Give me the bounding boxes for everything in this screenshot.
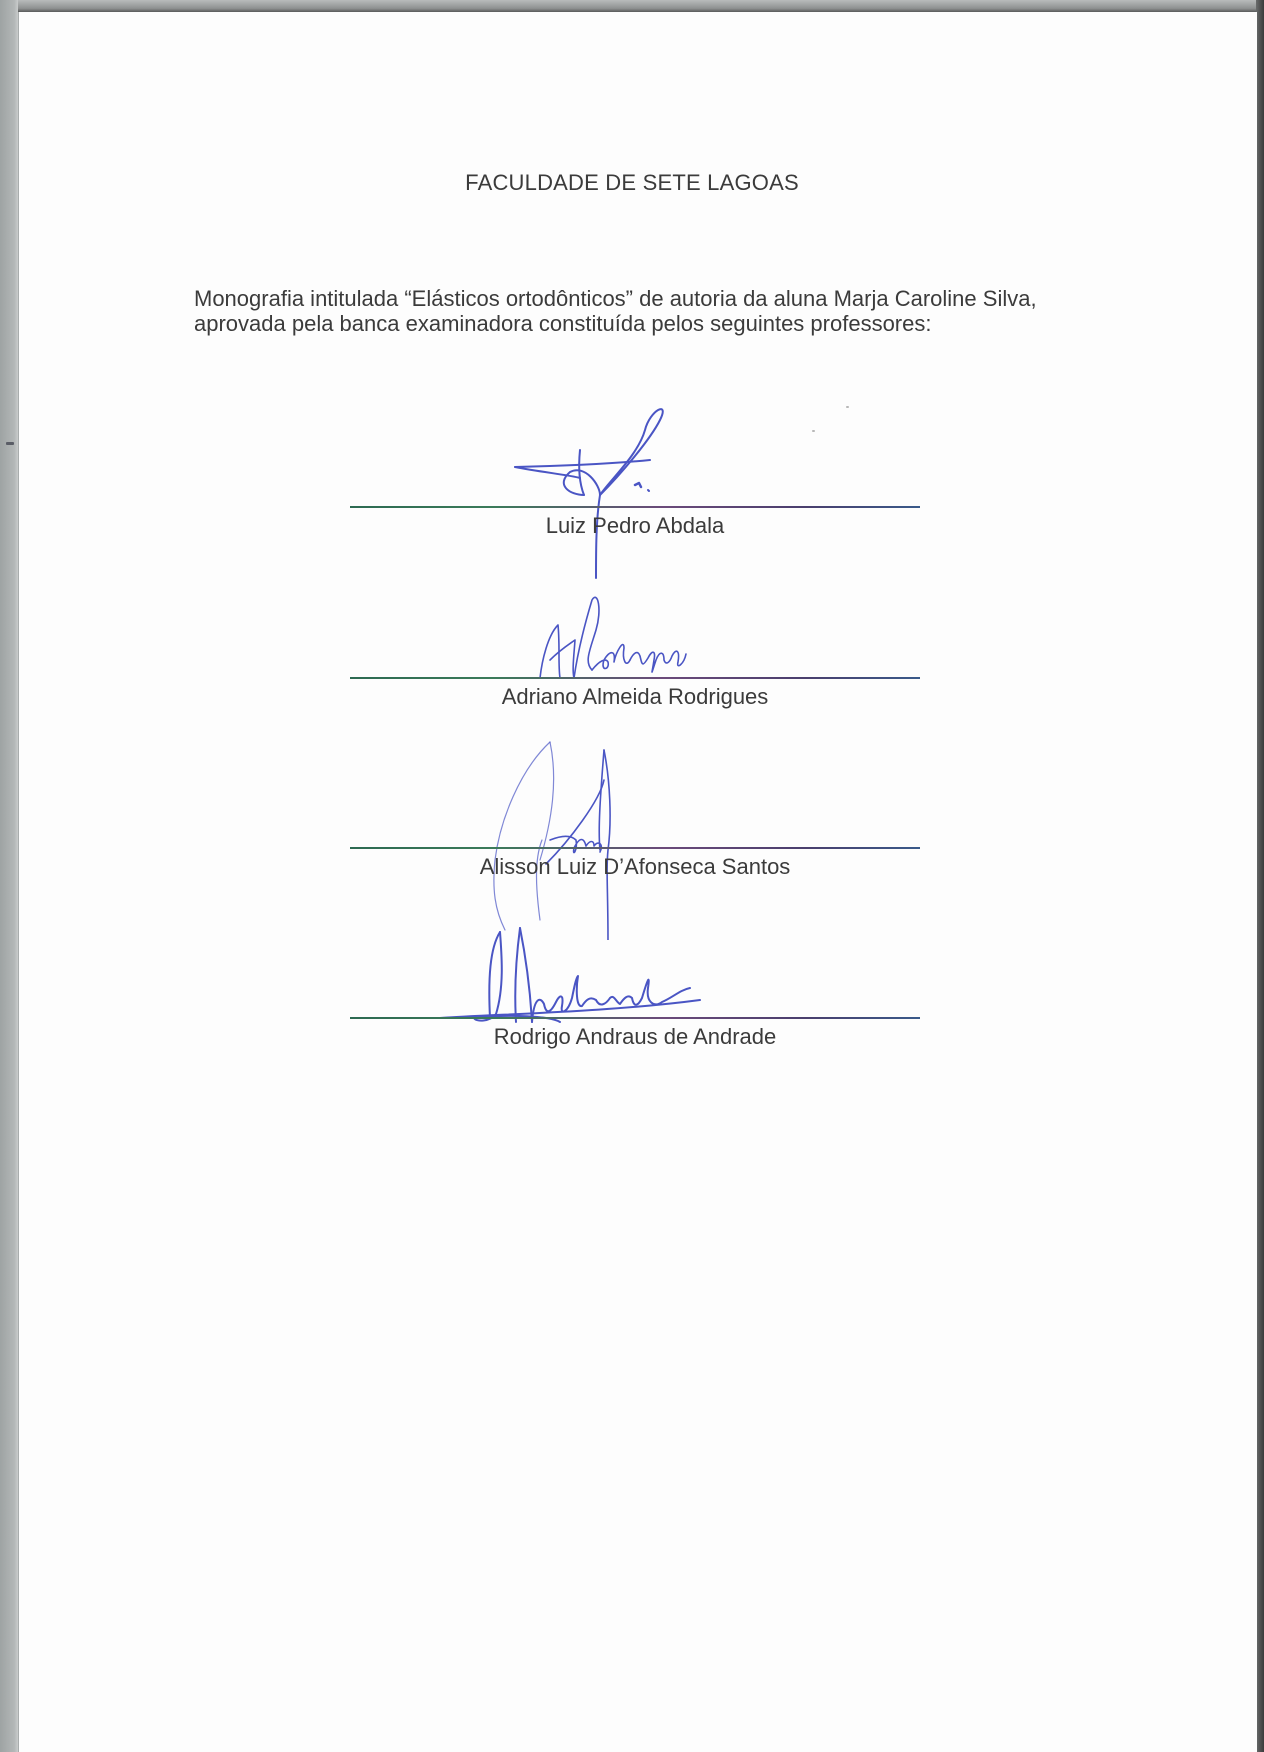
signature-luiz-pedro-abdala: [500, 400, 740, 580]
signature-line: [350, 506, 920, 508]
examiner-name: Rodrigo Andraus de Andrade: [350, 1024, 920, 1050]
signature-line: [350, 677, 920, 679]
scan-border-top: [0, 0, 1264, 12]
examiner-name: Alisson Luiz D’Afonseca Santos: [350, 854, 920, 880]
scan-border-left: [0, 0, 18, 1752]
scan-mark: [6, 442, 14, 445]
signature-line: [350, 847, 920, 849]
signature-adriano-almeida-rodrigues: [530, 590, 730, 680]
examiner-name: Adriano Almeida Rodrigues: [350, 684, 920, 710]
examiner-name: Luiz Pedro Abdala: [350, 513, 920, 539]
examiner-signature-block: Rodrigo Andraus de Andrade: [350, 918, 920, 1058]
institution-heading: FACULDADE DE SETE LAGOAS: [0, 170, 1264, 196]
scan-border-right: [1256, 0, 1264, 1752]
examiner-signature-block: Alisson Luiz D’Afonseca Santos: [350, 740, 920, 910]
approval-statement: Monografia intitulada “Elásticos ortodôn…: [194, 286, 1074, 336]
examiner-signature-block: Luiz Pedro Abdala: [350, 400, 920, 580]
signature-line: [350, 1017, 920, 1019]
signature-rodrigo-andraus-de-andrade: [410, 918, 750, 1028]
examiner-signature-block: Adriano Almeida Rodrigues: [350, 590, 920, 720]
